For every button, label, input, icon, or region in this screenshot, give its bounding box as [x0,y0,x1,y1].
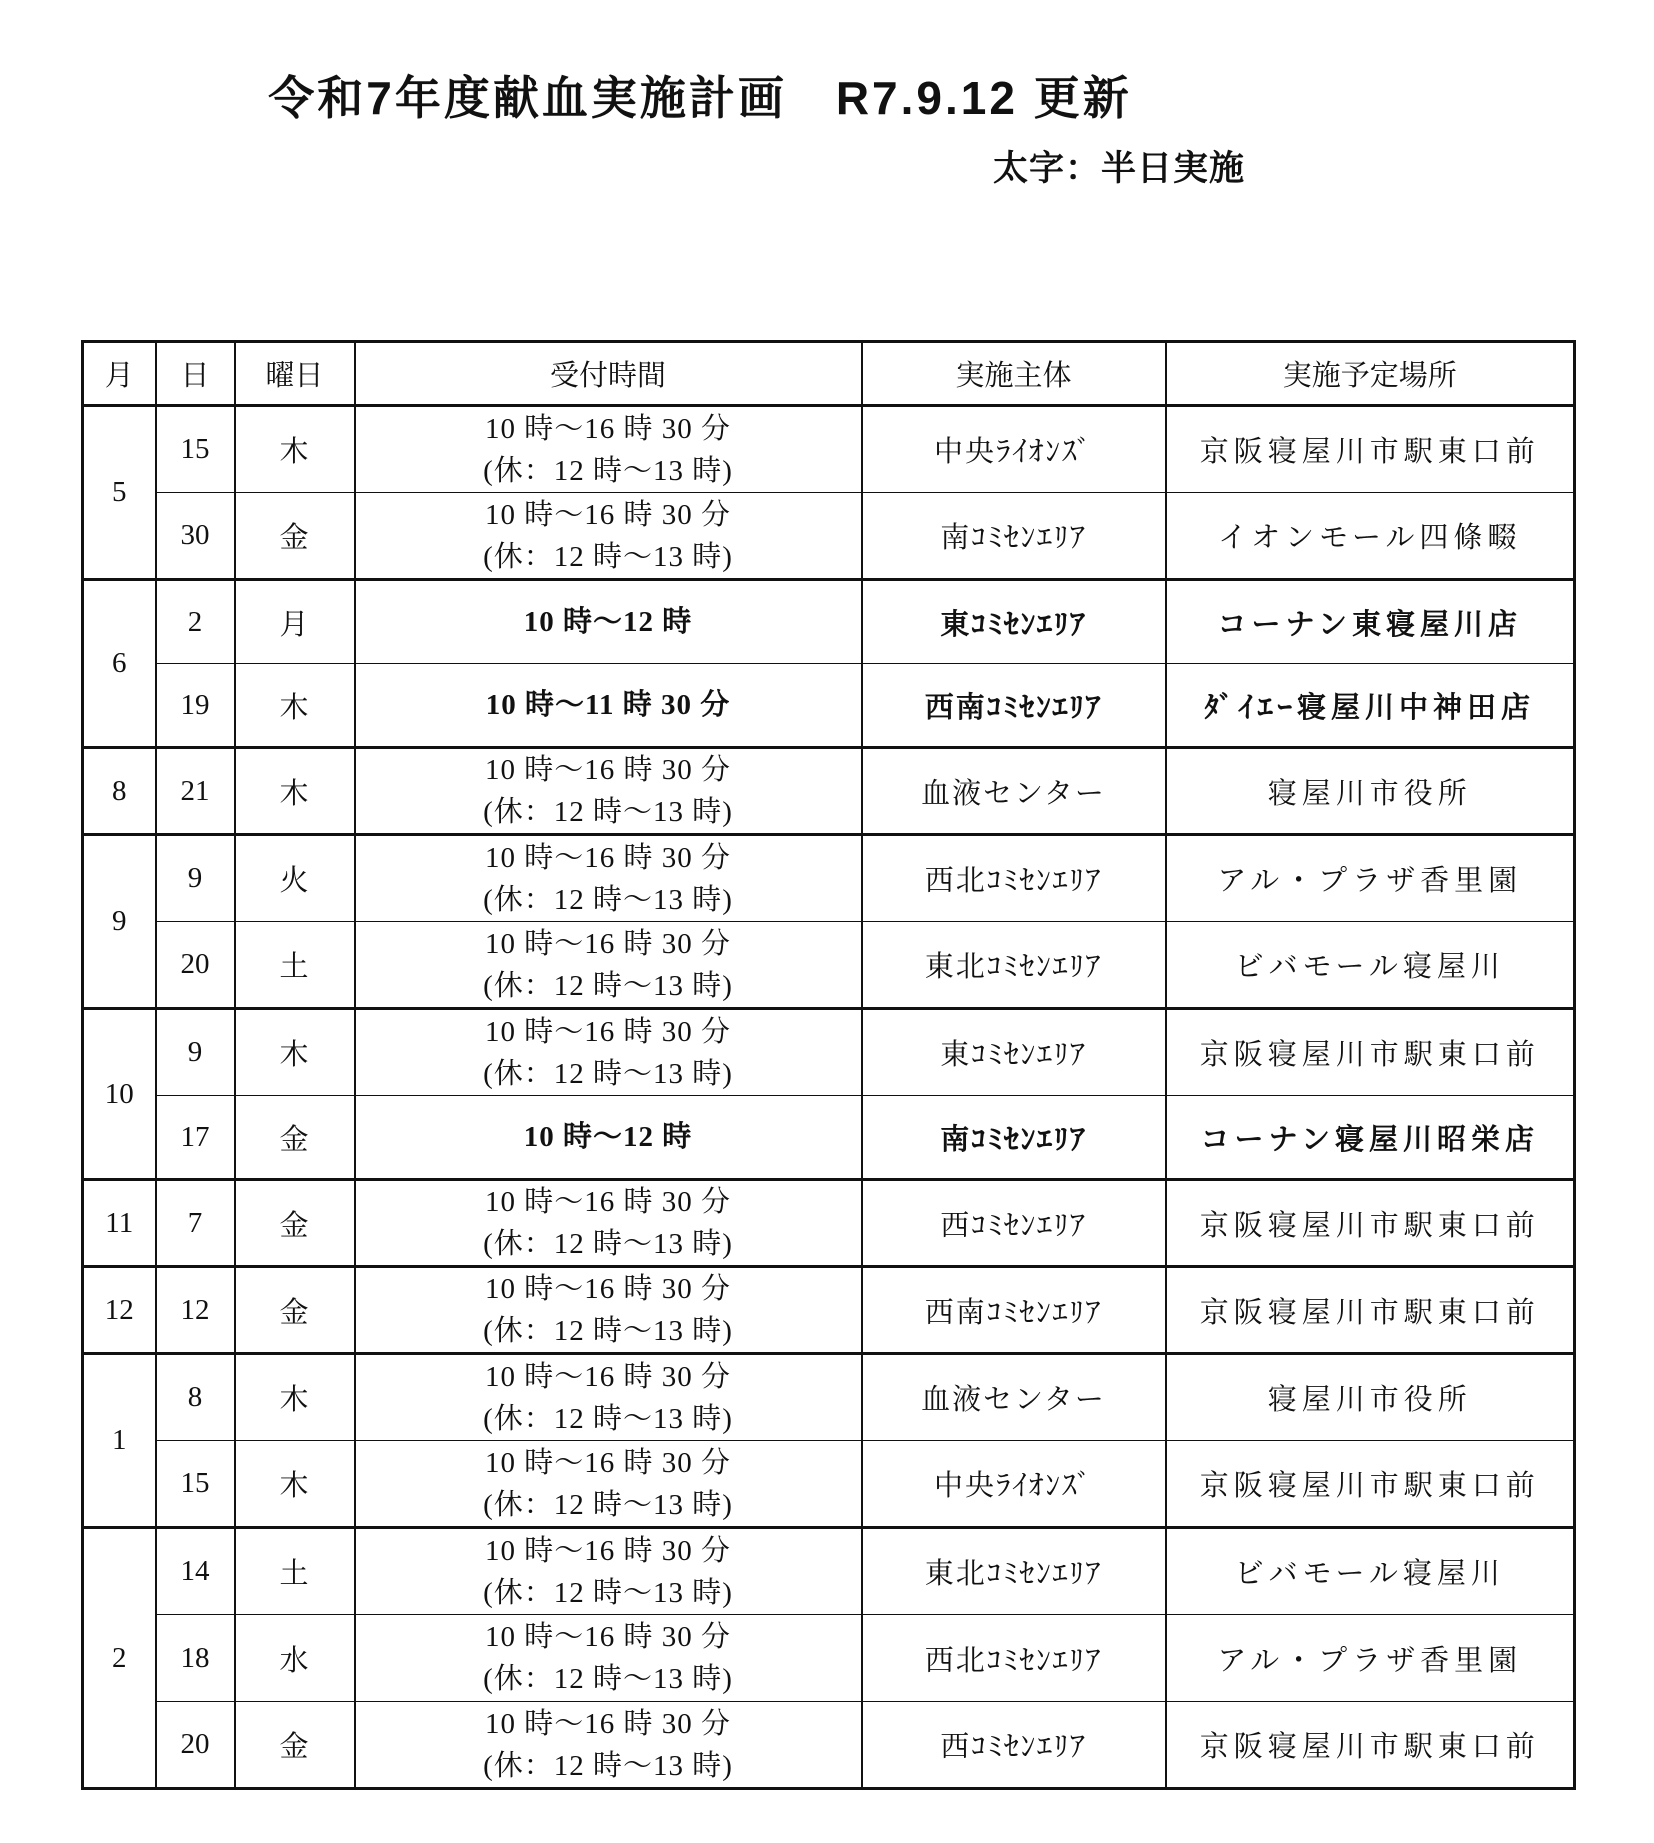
table-row: 821 木 10 時～16 時 30 分 (休：12 時～13 時) 血液センタ… [83,748,1575,835]
organizer-cell: 血液センター [862,1354,1166,1441]
location-cell: アル・プラザ香里園 [1166,1615,1575,1702]
organizer-cell: 西ｺﾐｾﾝｴﾘｱ [862,1180,1166,1267]
organizer-cell: 東ｺﾐｾﾝｴﾘｱ [862,1009,1166,1096]
weekday-cell: 木 [235,664,355,748]
weekday-cell: 金 [235,1096,355,1180]
table-row: 109 木 10 時～16 時 30 分 (休：12 時～13 時) 東ｺﾐｾﾝ… [83,1009,1575,1096]
organizer-cell: 東ｺﾐｾﾝｴﾘｱ [862,580,1166,664]
weekday-cell: 水 [235,1615,355,1702]
time-main-text: 10 時～16 時 30 分 [356,1442,861,1484]
organizer-cell: 東北ｺﾐｾﾝｴﾘｱ [862,1528,1166,1615]
location-cell: イオンモール四條畷 [1166,493,1575,580]
time-break-text: (休：12 時～13 時) [356,450,861,492]
weekday-cell: 木 [235,1441,355,1528]
day-cell: 18 [156,1615,235,1702]
month-cell: 2 [83,1528,156,1789]
time-cell: 10 時～16 時 30 分 (休：12 時～13 時) [355,1441,862,1528]
day-cell: 30 [156,493,235,580]
location-cell: 寝屋川市役所 [1166,1354,1575,1441]
weekday-cell: 火 [235,835,355,922]
time-cell: 10 時～11 時 30 分 [355,664,862,748]
organizer-cell: 西南ｺﾐｾﾝｴﾘｱ [862,1267,1166,1354]
day-cell: 9 [156,835,235,922]
location-cell: 寝屋川市役所 [1166,748,1575,835]
table-row: 20 金 10 時～16 時 30 分 (休：12 時～13 時) 西ｺﾐｾﾝｴ… [83,1702,1575,1789]
day-cell: 12 [156,1267,235,1354]
time-main-text: 10 時～12 時 [356,1116,861,1158]
day-cell: 15 [156,1441,235,1528]
time-main-text: 10 時～16 時 30 分 [356,837,861,879]
organizer-cell: 西南ｺﾐｾﾝｴﾘｱ [862,664,1166,748]
organizer-cell: 中央ﾗｲｵﾝｽﾞ [862,406,1166,493]
table-row: 515 木 10 時～16 時 30 分 (休：12 時～13 時) 中央ﾗｲｵ… [83,406,1575,493]
header-row: 月 日 曜日 受付時間 実施主体 実施予定場所 [83,342,1575,406]
blood-donation-schedule-table: 月 日 曜日 受付時間 実施主体 実施予定場所 515 木 10 時～16 時 … [81,340,1576,1790]
month-cell: 11 [83,1180,156,1267]
header-weekday: 曜日 [235,342,355,406]
time-break-text: (休：12 時～13 時) [356,1745,861,1787]
table-row: 20 土 10 時～16 時 30 分 (休：12 時～13 時) 東北ｺﾐｾﾝ… [83,922,1575,1009]
table-row: 1212 金 10 時～16 時 30 分 (休：12 時～13 時) 西南ｺﾐ… [83,1267,1575,1354]
time-cell: 10 時～16 時 30 分 (休：12 時～13 時) [355,1354,862,1441]
table-row: 18 木 10 時～16 時 30 分 (休：12 時～13 時) 血液センター… [83,1354,1575,1441]
time-main-text: 10 時～16 時 30 分 [356,923,861,965]
time-break-text: (休：12 時～13 時) [356,1310,861,1352]
day-cell: 9 [156,1009,235,1096]
organizer-cell: 東北ｺﾐｾﾝｴﾘｱ [862,922,1166,1009]
table-row: 30 金 10 時～16 時 30 分 (休：12 時～13 時) 南ｺﾐｾﾝｴ… [83,493,1575,580]
location-cell: 京阪寝屋川市駅東口前 [1166,406,1575,493]
day-cell: 2 [156,580,235,664]
organizer-cell: 南ｺﾐｾﾝｴﾘｱ [862,493,1166,580]
time-cell: 10 時～16 時 30 分 (休：12 時～13 時) [355,835,862,922]
table-row: 15 木 10 時～16 時 30 分 (休：12 時～13 時) 中央ﾗｲｵﾝ… [83,1441,1575,1528]
weekday-cell: 月 [235,580,355,664]
time-break-text: (休：12 時～13 時) [356,879,861,921]
time-cell: 10 時～16 時 30 分 (休：12 時～13 時) [355,748,862,835]
table-row: 214 土 10 時～16 時 30 分 (休：12 時～13 時) 東北ｺﾐｾ… [83,1528,1575,1615]
month-cell: 10 [83,1009,156,1180]
time-cell: 10 時～12 時 [355,1096,862,1180]
table-row: 17 金 10 時～12 時 南ｺﾐｾﾝｴﾘｱ コーナン寝屋川昭栄店 [83,1096,1575,1180]
time-break-text: (休：12 時～13 時) [356,1053,861,1095]
time-cell: 10 時～12 時 [355,580,862,664]
time-break-text: (休：12 時～13 時) [356,965,861,1007]
time-main-text: 10 時～16 時 30 分 [356,749,861,791]
bold-legend-note: 太字：半日実施 [993,141,1245,191]
table-row: 117 金 10 時～16 時 30 分 (休：12 時～13 時) 西ｺﾐｾﾝ… [83,1180,1575,1267]
table-row: 19 木 10 時～11 時 30 分 西南ｺﾐｾﾝｴﾘｱ ﾀﾞｲｴｰ寝屋川中神… [83,664,1575,748]
location-cell: 京阪寝屋川市駅東口前 [1166,1702,1575,1789]
weekday-cell: 金 [235,1267,355,1354]
time-cell: 10 時～16 時 30 分 (休：12 時～13 時) [355,1267,862,1354]
weekday-cell: 金 [235,1702,355,1789]
location-cell: ビバモール寝屋川 [1166,1528,1575,1615]
page-title: 令和7年度献血実施計画 R7.9.12 更新 [0,62,1400,128]
time-cell: 10 時～16 時 30 分 (休：12 時～13 時) [355,922,862,1009]
time-main-text: 10 時～16 時 30 分 [356,1616,861,1658]
schedule-table-body: 515 木 10 時～16 時 30 分 (休：12 時～13 時) 中央ﾗｲｵ… [83,406,1575,1789]
location-cell: ﾀﾞｲｴｰ寝屋川中神田店 [1166,664,1575,748]
header-location: 実施予定場所 [1166,342,1575,406]
location-cell: 京阪寝屋川市駅東口前 [1166,1441,1575,1528]
document-page: 令和7年度献血実施計画 R7.9.12 更新 太字：半日実施 月 日 曜日 受付… [0,0,1654,1843]
time-main-text: 10 時～16 時 30 分 [356,1530,861,1572]
location-cell: アル・プラザ香里園 [1166,835,1575,922]
weekday-cell: 金 [235,1180,355,1267]
day-cell: 21 [156,748,235,835]
weekday-cell: 木 [235,748,355,835]
organizer-cell: 中央ﾗｲｵﾝｽﾞ [862,1441,1166,1528]
day-cell: 17 [156,1096,235,1180]
header-day: 日 [156,342,235,406]
time-break-text: (休：12 時～13 時) [356,1223,861,1265]
month-cell: 1 [83,1354,156,1528]
day-cell: 8 [156,1354,235,1441]
time-main-text: 10 時～16 時 30 分 [356,494,861,536]
table-row: 62 月 10 時～12 時 東ｺﾐｾﾝｴﾘｱ コーナン東寝屋川店 [83,580,1575,664]
day-cell: 14 [156,1528,235,1615]
month-cell: 8 [83,748,156,835]
month-cell: 12 [83,1267,156,1354]
day-cell: 20 [156,922,235,1009]
time-cell: 10 時～16 時 30 分 (休：12 時～13 時) [355,493,862,580]
month-cell: 6 [83,580,156,748]
time-break-text: (休：12 時～13 時) [356,791,861,833]
time-main-text: 10 時～16 時 30 分 [356,1268,861,1310]
time-main-text: 10 時～12 時 [356,601,861,643]
time-main-text: 10 時～16 時 30 分 [356,1181,861,1223]
location-cell: 京阪寝屋川市駅東口前 [1166,1009,1575,1096]
weekday-cell: 木 [235,1009,355,1096]
weekday-cell: 土 [235,922,355,1009]
day-cell: 19 [156,664,235,748]
month-cell: 9 [83,835,156,1009]
time-cell: 10 時～16 時 30 分 (休：12 時～13 時) [355,1615,862,1702]
weekday-cell: 木 [235,406,355,493]
header-month: 月 [83,342,156,406]
day-cell: 20 [156,1702,235,1789]
time-main-text: 10 時～16 時 30 分 [356,1011,861,1053]
time-main-text: 10 時～16 時 30 分 [356,1703,861,1745]
table-row: 99 火 10 時～16 時 30 分 (休：12 時～13 時) 西北ｺﾐｾﾝ… [83,835,1575,922]
organizer-cell: 南ｺﾐｾﾝｴﾘｱ [862,1096,1166,1180]
time-cell: 10 時～16 時 30 分 (休：12 時～13 時) [355,406,862,493]
time-break-text: (休：12 時～13 時) [356,1398,861,1440]
location-cell: ビバモール寝屋川 [1166,922,1575,1009]
time-break-text: (休：12 時～13 時) [356,536,861,578]
time-break-text: (休：12 時～13 時) [356,1484,861,1526]
day-cell: 7 [156,1180,235,1267]
weekday-cell: 土 [235,1528,355,1615]
header-organizer: 実施主体 [862,342,1166,406]
location-cell: 京阪寝屋川市駅東口前 [1166,1180,1575,1267]
day-cell: 15 [156,406,235,493]
time-main-text: 10 時～16 時 30 分 [356,408,861,450]
location-cell: コーナン東寝屋川店 [1166,580,1575,664]
organizer-cell: 西北ｺﾐｾﾝｴﾘｱ [862,1615,1166,1702]
time-cell: 10 時～16 時 30 分 (休：12 時～13 時) [355,1528,862,1615]
header-reception-time: 受付時間 [355,342,862,406]
month-cell: 5 [83,406,156,580]
time-cell: 10 時～16 時 30 分 (休：12 時～13 時) [355,1180,862,1267]
organizer-cell: 西ｺﾐｾﾝｴﾘｱ [862,1702,1166,1789]
time-main-text: 10 時～16 時 30 分 [356,1356,861,1398]
time-break-text: (休：12 時～13 時) [356,1658,861,1700]
time-cell: 10 時～16 時 30 分 (休：12 時～13 時) [355,1009,862,1096]
time-break-text: (休：12 時～13 時) [356,1572,861,1614]
organizer-cell: 血液センター [862,748,1166,835]
time-cell: 10 時～16 時 30 分 (休：12 時～13 時) [355,1702,862,1789]
location-cell: 京阪寝屋川市駅東口前 [1166,1267,1575,1354]
time-main-text: 10 時～11 時 30 分 [356,684,861,726]
weekday-cell: 金 [235,493,355,580]
table-row: 18 水 10 時～16 時 30 分 (休：12 時～13 時) 西北ｺﾐｾﾝ… [83,1615,1575,1702]
location-cell: コーナン寝屋川昭栄店 [1166,1096,1575,1180]
weekday-cell: 木 [235,1354,355,1441]
organizer-cell: 西北ｺﾐｾﾝｴﾘｱ [862,835,1166,922]
